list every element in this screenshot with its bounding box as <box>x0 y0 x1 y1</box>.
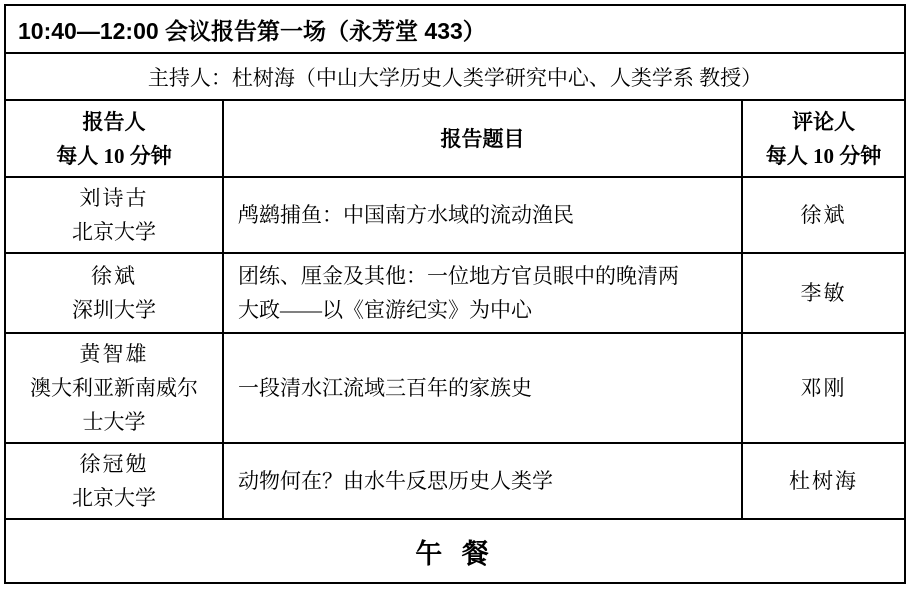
presenter-name: 徐斌 <box>91 259 137 293</box>
presenter-cell: 徐冠勉 北京大学 <box>6 444 224 518</box>
report-title-cell: 一段清水江流域三百年的家族史 <box>224 334 743 442</box>
col-header-commentator-line2: 每人 10 分钟 <box>766 139 882 173</box>
col-header-commentator-line1: 评论人 <box>792 105 855 139</box>
col-header-title: 报告题目 <box>224 101 743 176</box>
commentator-cell: 徐斌 <box>743 178 904 252</box>
report-title: 鸬鹚捕鱼：中国南方水域的流动渔民 <box>238 198 574 232</box>
report-title: 动物何在？由水牛反思历史人类学 <box>238 464 553 498</box>
report-title-cell: 鸬鹚捕鱼：中国南方水域的流动渔民 <box>224 178 743 252</box>
lunch-label: 午 餐 <box>415 532 495 571</box>
col-header-presenter-line2: 每人 10 分钟 <box>56 139 172 173</box>
col-header-presenter: 报告人 每人 10 分钟 <box>6 101 224 176</box>
conference-program-table: 10:40—12:00 会议报告第一场（永芳堂 433） 主持人：杜树海（中山大… <box>4 4 906 584</box>
presenter-affiliation: 澳大利亚新南威尔士大学 <box>26 371 202 439</box>
col-header-title-label: 报告题目 <box>441 122 525 156</box>
col-header-commentator: 评论人 每人 10 分钟 <box>743 101 904 176</box>
presenter-affiliation: 北京大学 <box>72 215 156 249</box>
table-row: 黄智雄 澳大利亚新南威尔士大学 一段清水江流域三百年的家族史 邓刚 <box>6 332 904 442</box>
report-title-cell: 动物何在？由水牛反思历史人类学 <box>224 444 743 518</box>
session-chair: 主持人：杜树海（中山大学历史人类学研究中心、人类学系 教授） <box>148 62 762 92</box>
commentator-name: 李敏 <box>801 276 847 310</box>
column-header-row: 报告人 每人 10 分钟 报告题目 评论人 每人 10 分钟 <box>6 99 904 176</box>
commentator-cell: 邓刚 <box>743 334 904 442</box>
session-chair-row: 主持人：杜树海（中山大学历史人类学研究中心、人类学系 教授） <box>6 52 904 99</box>
presenter-affiliation: 北京大学 <box>72 481 156 515</box>
presenter-name: 黄智雄 <box>80 337 149 371</box>
presenter-cell: 刘诗古 北京大学 <box>6 178 224 252</box>
table-row: 刘诗古 北京大学 鸬鹚捕鱼：中国南方水域的流动渔民 徐斌 <box>6 176 904 252</box>
session-header-row: 10:40—12:00 会议报告第一场（永芳堂 433） <box>6 6 904 52</box>
commentator-cell: 杜树海 <box>743 444 904 518</box>
report-title: 团练、厘金及其他：一位地方官员眼中的晚清两大政——以《宦游纪实》为中心 <box>238 259 691 327</box>
presenter-name: 徐冠勉 <box>80 447 149 481</box>
commentator-name: 邓刚 <box>801 371 847 405</box>
table-row: 徐斌 深圳大学 团练、厘金及其他：一位地方官员眼中的晚清两大政——以《宦游纪实》… <box>6 252 904 332</box>
session-title: 10:40—12:00 会议报告第一场（永芳堂 433） <box>18 13 486 46</box>
table-row: 徐冠勉 北京大学 动物何在？由水牛反思历史人类学 杜树海 <box>6 442 904 518</box>
presenter-affiliation: 深圳大学 <box>72 293 156 327</box>
presenter-cell: 黄智雄 澳大利亚新南威尔士大学 <box>6 334 224 442</box>
report-title: 一段清水江流域三百年的家族史 <box>238 371 532 405</box>
presenter-name: 刘诗古 <box>80 181 149 215</box>
presenter-cell: 徐斌 深圳大学 <box>6 254 224 332</box>
report-title-cell: 团练、厘金及其他：一位地方官员眼中的晚清两大政——以《宦游纪实》为中心 <box>224 254 743 332</box>
commentator-cell: 李敏 <box>743 254 904 332</box>
commentator-name: 杜树海 <box>789 464 858 498</box>
lunch-row: 午 餐 <box>6 518 904 582</box>
commentator-name: 徐斌 <box>801 198 847 232</box>
col-header-presenter-line1: 报告人 <box>83 105 146 139</box>
